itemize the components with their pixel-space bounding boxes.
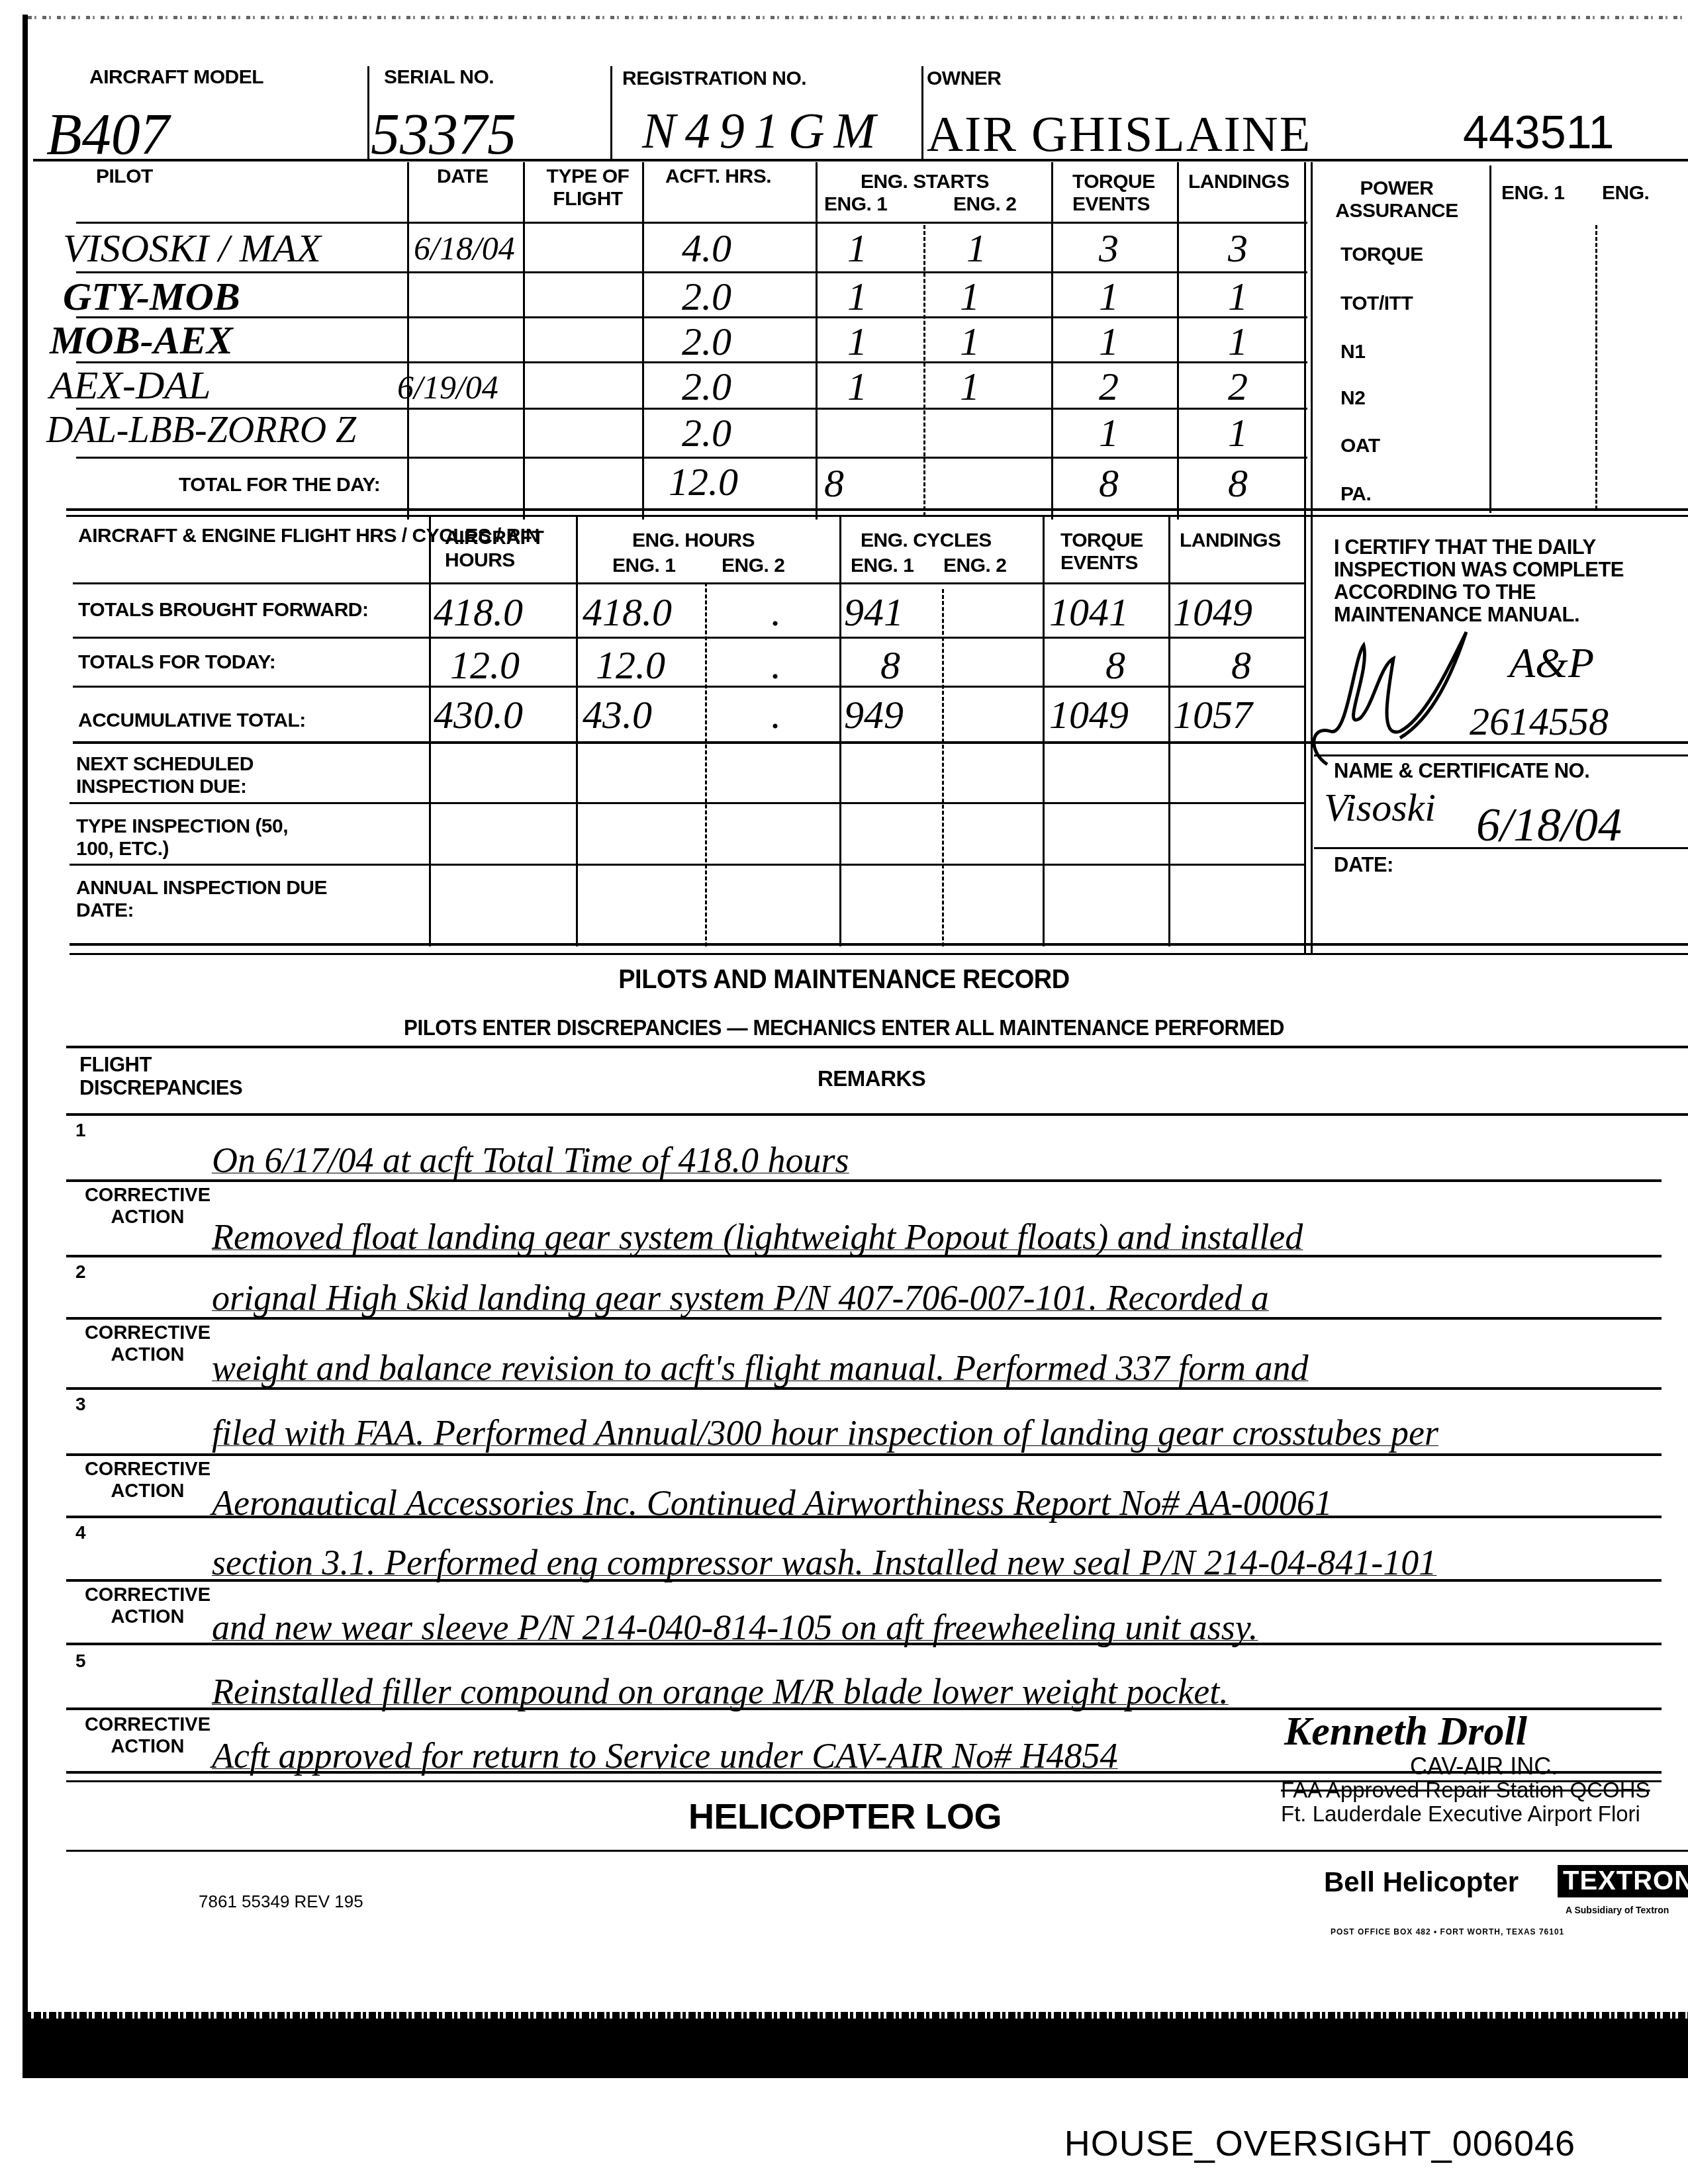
discrepancy-number: 2 [75, 1261, 86, 1283]
rule [66, 1113, 1688, 1116]
landings-cell: 1 [1228, 277, 1248, 316]
acft-hrs-cell: 2.0 [682, 367, 731, 406]
pa-eng1-label: ENG. 1 [1501, 182, 1564, 205]
grid [70, 864, 1304, 866]
certify-statement: I CERTIFY THAT THE DAILY INSPECTION WAS … [1334, 536, 1678, 626]
grid [576, 516, 578, 946]
pilot-cell: MOB-AEX [50, 320, 233, 360]
grid [1051, 162, 1053, 520]
row-label: ANNUAL INSPECTION DUE DATE: [76, 877, 328, 921]
corrective-action-label: CORRECTIVE ACTION [71, 1459, 224, 1503]
col-eng-starts-eng2: ENG. 2 [953, 193, 1016, 216]
col-flight-discrepancies: FLIGHT DISCREPANCIES [79, 1054, 278, 1099]
remark-line: Removed float landing gear system (light… [212, 1216, 1303, 1257]
form-number: 7861 55349 REV 195 [199, 1891, 363, 1912]
rule [66, 1317, 1662, 1320]
acft-hrs-cell: 2.0 [682, 413, 731, 453]
grid [1311, 162, 1313, 953]
col-eng-hours: ENG. HOURS [632, 529, 755, 552]
landings-cell: 3 [1228, 228, 1248, 268]
remark-line: section 3.1. Performed eng compressor wa… [212, 1542, 1436, 1583]
grid [1304, 162, 1306, 953]
divider [367, 66, 369, 159]
rule [66, 1579, 1662, 1582]
eng2-hours-cell: . [771, 592, 781, 632]
remark-line: Acft approved for return to Service unde… [212, 1735, 1118, 1776]
col-acft-hrs: ACFT. HRS. [665, 165, 771, 188]
landings-cell: 1 [1228, 322, 1248, 361]
eng2-hours-cell: . [771, 695, 781, 735]
grid [1489, 165, 1491, 513]
aircraft-hours-cell: 418.0 [434, 592, 523, 632]
eng1-hours-cell: 12.0 [596, 645, 665, 685]
remark-line: weight and balance revision to acft's fl… [212, 1347, 1308, 1388]
col-torque-events: TORQUE EVENTS [1060, 529, 1160, 574]
torque-cell: 1041 [1049, 592, 1129, 632]
grid [839, 516, 841, 946]
total-for-day-label: TOTAL FOR THE DAY: [179, 474, 380, 496]
eng1-hours-cell: 418.0 [583, 592, 672, 632]
pilot-cell: GTY-MOB [63, 277, 240, 316]
acft-hrs-cell: 4.0 [682, 228, 731, 268]
row-label: TOTALS BROUGHT FORWARD: [78, 599, 368, 621]
grid [70, 953, 1688, 955]
registration-label: REGISTRATION NO. [622, 68, 806, 90]
eng1-start-cell: 1 [847, 277, 867, 316]
col-landings: LANDINGS [1188, 171, 1289, 193]
torque-cell: 8 [1105, 645, 1125, 685]
grid [523, 162, 525, 520]
col-pilot: PILOT [96, 165, 153, 188]
eng1-hours-cell: 43.0 [583, 695, 652, 735]
remark-line: and new wear sleeve P/N 214-040-814-105 … [212, 1607, 1258, 1648]
corrective-action-label: CORRECTIVE ACTION [71, 1714, 224, 1758]
serial-no-label: SERIAL NO. [384, 66, 494, 89]
maintenance-title: PILOTS AND MAINTENANCE RECORD [42, 965, 1646, 995]
rule [66, 1179, 1662, 1182]
eng1-cycles-cell: 941 [844, 592, 904, 632]
serial-no-value: 53375 [371, 106, 516, 164]
grid [642, 162, 644, 520]
discrepancy-number: 5 [75, 1651, 86, 1672]
pa-row-n1: N1 [1340, 341, 1365, 363]
col-aircraft-hours: AIRCRAFT HOURS [445, 527, 551, 571]
remark-line: On 6/17/04 at acft Total Time of 418.0 h… [212, 1140, 849, 1181]
rule [1314, 847, 1688, 849]
aircraft-hours-cell: 430.0 [434, 695, 523, 735]
certification-date: 6/18/04 [1476, 801, 1622, 848]
grid [942, 589, 944, 946]
power-assurance-title: POWER ASSURANCE [1331, 177, 1463, 222]
eng2-start-cell: 1 [966, 228, 986, 268]
grid [76, 222, 1307, 224]
divider [921, 66, 923, 159]
aircraft-model-value: B407 [46, 106, 169, 164]
col-eng-hours-eng2: ENG. 2 [722, 555, 784, 577]
eng1-start-cell: 1 [847, 367, 867, 406]
owner-value: AIR GHISLAINE [927, 109, 1311, 159]
brand-name: Bell Helicopter [1324, 1866, 1519, 1898]
bates-number: HOUSE_OVERSIGHT_006046 [1064, 2123, 1575, 2164]
col-eng-cycles: ENG. CYCLES [861, 529, 992, 552]
col-eng-hours-eng1: ENG. 1 [612, 555, 675, 577]
date-cell: 6/18/04 [414, 232, 515, 265]
torque-cell: 1 [1099, 413, 1119, 453]
grid [1177, 162, 1179, 520]
eng2-hours-cell: . [771, 645, 781, 685]
rule [66, 1453, 1662, 1456]
corrective-action-label: CORRECTIVE ACTION [71, 1584, 224, 1629]
inspector-name: Visoski [1324, 788, 1436, 827]
grid [76, 457, 1307, 459]
pilot-cell: DAL-LBB-ZORRO Z [46, 412, 356, 449]
scan-noise-top [28, 16, 1688, 19]
grid [73, 637, 1304, 639]
corrective-action-label: CORRECTIVE ACTION [71, 1185, 224, 1229]
landings-cell: 1049 [1173, 592, 1252, 632]
total-acft-hrs: 12.0 [669, 462, 738, 502]
pilot-cell: AEX-DAL [50, 365, 211, 405]
col-eng-cycles-eng1: ENG. 1 [851, 555, 914, 577]
rule [66, 1643, 1662, 1645]
eng2-start-cell: 1 [960, 367, 980, 406]
grid [76, 271, 1307, 273]
grid [70, 943, 1688, 946]
brand-subsidiary: A Subsidiary of Textron [1566, 1905, 1669, 1915]
grid [923, 225, 925, 516]
row-label: ACCUMULATIVE TOTAL: [78, 709, 306, 732]
eng1-cycles-cell: 8 [880, 645, 900, 685]
rule [33, 159, 1688, 161]
pa-row-pa: PA. [1340, 483, 1371, 506]
stamp-line-1: FAA Approved Repair Station QCOHS [1281, 1778, 1650, 1803]
grid [429, 516, 431, 946]
row-label: TOTALS FOR TODAY: [78, 651, 275, 674]
torque-cell: 1 [1099, 277, 1119, 316]
col-date: DATE [437, 165, 488, 188]
total-eng1-starts: 8 [824, 463, 844, 503]
eng1-cycles-cell: 949 [844, 695, 904, 735]
acft-hrs-cell: 2.0 [682, 277, 731, 316]
row-label: TYPE INSPECTION (50, 100, ETC.) [76, 815, 328, 860]
grid [816, 162, 818, 520]
stamp-line-2: Ft. Lauderdale Executive Airport Flori [1281, 1801, 1640, 1827]
col-eng-cycles-eng2: ENG. 2 [943, 555, 1006, 577]
date-cell: 6/19/04 [397, 371, 498, 404]
certificate-number: 2614558 [1470, 702, 1609, 741]
pa-eng2-label: ENG. [1602, 182, 1649, 205]
pa-row-torque: TORQUE [1340, 244, 1423, 266]
aircraft-model-label: AIRCRAFT MODEL [89, 66, 263, 89]
scan-black-bar [23, 2019, 1688, 2078]
brand-address: POST OFFICE BOX 482 • FORT WORTH, TEXAS … [1331, 1927, 1564, 1936]
col-torque-events: TORQUE EVENTS [1072, 171, 1172, 215]
discrepancy-number: 3 [75, 1394, 86, 1415]
mechanic-signature: Kenneth Droll [1284, 1711, 1527, 1752]
grid [407, 162, 409, 520]
acft-hrs-cell: 2.0 [682, 322, 731, 361]
divider [610, 66, 612, 159]
stamp-company: CAV-AIR INC. [1410, 1752, 1558, 1780]
landings-cell: 1057 [1173, 695, 1252, 735]
name-certificate-label: NAME & CERTIFICATE NO. [1334, 760, 1589, 783]
remark-line: orignal High Skid landing gear system P/… [212, 1277, 1269, 1318]
maintenance-subtitle: PILOTS ENTER DISCREPANCIES — MECHANICS E… [42, 1016, 1646, 1040]
owner-number: 443511 [1463, 106, 1614, 159]
col-landings: LANDINGS [1180, 529, 1281, 552]
col-remarks: REMARKS [818, 1067, 925, 1091]
aircraft-hours-cell: 12.0 [450, 645, 520, 685]
registration-value: N491GM [642, 106, 885, 156]
corrective-action-label: CORRECTIVE ACTION [71, 1322, 224, 1367]
torque-cell: 3 [1099, 228, 1119, 268]
rule [66, 1046, 1688, 1048]
scan-edge [23, 15, 28, 2078]
certificate-rating: A&P [1509, 642, 1594, 684]
landings-cell: 1 [1228, 413, 1248, 453]
col-eng-starts: ENG. STARTS [861, 171, 989, 193]
pa-row-oat: OAT [1340, 435, 1380, 457]
torque-cell: 1 [1099, 322, 1119, 361]
eng1-start-cell: 1 [847, 228, 867, 268]
rule [66, 1387, 1662, 1390]
grid [1595, 225, 1597, 510]
eng2-start-cell: 1 [960, 322, 980, 361]
rule [66, 1255, 1662, 1257]
textron-logo: TEXTRON [1558, 1865, 1688, 1897]
pa-row-n2: N2 [1340, 387, 1365, 410]
grid [66, 515, 1688, 517]
helicopter-log-title: HELICOPTER LOG [688, 1797, 1002, 1837]
remark-line: Reinstalled filler compound on orange M/… [212, 1671, 1229, 1712]
grid [73, 582, 1304, 584]
col-eng-starts-eng1: ENG. 1 [824, 193, 887, 216]
landings-cell: 2 [1228, 367, 1248, 406]
eng2-start-cell: 1 [960, 277, 980, 316]
pilot-cell: VISOSKI / MAX [63, 228, 321, 268]
discrepancy-number: 4 [75, 1522, 86, 1543]
eng1-start-cell: 1 [847, 322, 867, 361]
date-label: DATE: [1334, 854, 1393, 877]
remark-line: filed with FAA. Performed Annual/300 hou… [212, 1412, 1438, 1453]
grid [66, 508, 1688, 511]
row-label: NEXT SCHEDULED INSPECTION DUE: [76, 753, 328, 797]
grid [1043, 516, 1045, 946]
total-landings: 8 [1228, 463, 1248, 503]
col-type-of-flight: TYPE OF FLIGHT [541, 165, 634, 210]
torque-cell: 2 [1099, 367, 1119, 406]
pa-row-tot-itt: TOT/ITT [1340, 293, 1413, 315]
rule [66, 1850, 1688, 1852]
rule [66, 1516, 1662, 1518]
rule [1314, 754, 1688, 756]
owner-label: OWNER [927, 68, 1002, 90]
discrepancy-number: 1 [75, 1120, 86, 1141]
grid [1168, 516, 1170, 946]
landings-cell: 8 [1231, 645, 1251, 685]
torque-cell: 1049 [1049, 695, 1129, 735]
total-torque: 8 [1099, 463, 1119, 503]
grid [70, 802, 1304, 804]
